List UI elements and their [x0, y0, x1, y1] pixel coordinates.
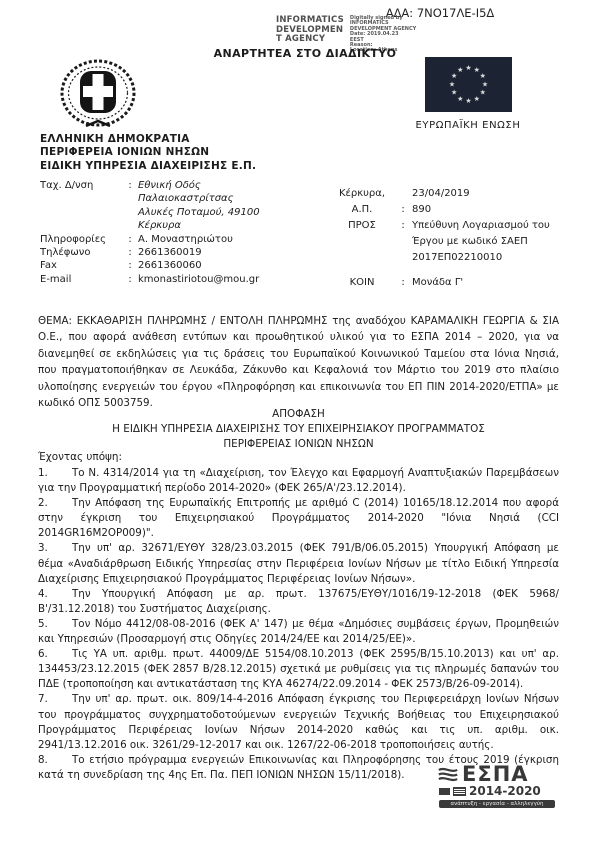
- cc-value: Μονάδα Γ': [412, 275, 562, 291]
- eu-flag-icon: ★★★ ★★★ ★★★ ★★★: [425, 57, 512, 116]
- svg-text:★: ★: [457, 66, 463, 74]
- to-value: Υπεύθυνη Λογαριασμού του Έργου με κωδικό…: [412, 218, 562, 266]
- contact-block: Ταχ. Δ/νση : Εθνική Οδός Παλαιοκαστρίτσα…: [40, 179, 332, 286]
- address-value: Εθνική Οδός Παλαιοκαστρίτσας Αλυκές Ποτα…: [138, 179, 332, 233]
- decision-title: ΑΠΟΦΑΣΗ: [38, 407, 559, 422]
- contact-row-phone: Τηλέφωνο : 2661360019: [40, 246, 332, 259]
- contact-row-address: Ταχ. Δ/νση : Εθνική Οδός Παλαιοκαστρίτσα…: [40, 179, 332, 233]
- considerations-list: 1.Το Ν. 4314/2014 για τη «Διαχείριση, το…: [38, 466, 559, 783]
- contact-row-email: E-mail : kmonastiriotou@mou.gr: [40, 273, 332, 286]
- item-text: Την υπ' αρ. 32671/ΕΥΘΥ 328/23.03.2015 (Φ…: [38, 542, 559, 584]
- item-text: Τις ΥΑ υπ. αριθμ. πρωτ. 44009/ΔΕ 5154/08…: [38, 648, 559, 690]
- espa-name: ΕΣΠΑ: [462, 762, 529, 786]
- item-text: Την υπ' αρ. πρωτ. οικ. 809/14-4-2016 Από…: [38, 693, 559, 750]
- svg-text:★: ★: [482, 81, 488, 89]
- info-value: Α. Μοναστηριώτου: [138, 233, 332, 246]
- item-number: 4.: [38, 587, 72, 602]
- svg-text:★: ★: [457, 95, 463, 103]
- item-number: 3.: [38, 541, 72, 556]
- fax-value: 2661360060: [138, 259, 332, 272]
- espa-logo: ΕΣΠΑ 2014-2020 ανάπτυξη - εργασία - αλλη…: [437, 762, 557, 808]
- svg-text:★: ★: [465, 64, 471, 72]
- dispatch-row-cc: ΚΟΙΝ : Μονάδα Γ': [330, 275, 562, 291]
- letterhead-service: ΕΙΔΙΚΗ ΥΠΗΡΕΣΙΑ ΔΙΑΧΕΙΡΙΣΗΣ Ε.Π.: [40, 160, 256, 173]
- espa-years: 2014-2020: [469, 784, 541, 798]
- svg-text:★: ★: [449, 81, 455, 89]
- item-text: Την Απόφαση της Ευρωπαϊκής Επιτροπής με …: [38, 497, 559, 539]
- list-item: 4.Την Υπουργική Απόφαση με αρ. πρωτ. 137…: [38, 587, 559, 617]
- address-line: Παλαιοκαστρίτσας: [138, 192, 332, 205]
- espa-years-row: 2014-2020: [439, 784, 557, 798]
- item-text: Το Ν. 4314/2014 για τη «Διαχείριση, τον …: [38, 467, 559, 494]
- letterhead-country: ΕΛΛΗΝΙΚΗ ΔΗΜΟΚΡΑΤΙΑ: [40, 133, 256, 146]
- espa-logo-top: ΕΣΠΑ: [437, 762, 557, 786]
- svg-text:★: ★: [474, 95, 480, 103]
- item-number: 6.: [38, 647, 72, 662]
- svg-text:★: ★: [480, 89, 486, 97]
- espa-tagline: ανάπτυξη - εργασία - αλληλεγγύη: [439, 800, 555, 808]
- item-number: 8.: [38, 753, 72, 768]
- dispatch-block: Κέρκυρα, 23/04/2019 Α.Π. : 890 ΠΡΟΣ : Υπ…: [330, 186, 562, 291]
- protocol-value: 890: [412, 202, 562, 218]
- preamble-label: Έχοντας υπόψη:: [38, 451, 122, 463]
- item-text: Την Υπουργική Απόφαση με αρ. πρωτ. 13767…: [38, 588, 559, 615]
- dispatch-row-protocol: Α.Π. : 890: [330, 202, 562, 218]
- email-value: kmonastiriotou@mou.gr: [138, 273, 332, 286]
- to-line: Έργου με κωδικό ΣΑΕΠ: [412, 234, 562, 250]
- letterhead: ΕΛΛΗΝΙΚΗ ΔΗΜΟΚΡΑΤΙΑ ΠΕΡΙΦΕΡΕΙΑ ΙΟΝΙΩΝ ΝΗ…: [40, 133, 256, 173]
- document-page: ΑΔΑ: 7ΝΟ17ΛΕ-Ι5Δ INFORMATICS DEVELOPMEN …: [0, 0, 595, 842]
- svg-text:★: ★: [451, 89, 457, 97]
- city-label: Κέρκυρα,: [330, 186, 394, 202]
- fax-label: Fax: [40, 259, 122, 272]
- address-line: Κέρκυρα: [138, 219, 332, 232]
- dispatch-row-to: ΠΡΟΣ : Υπεύθυνη Λογαριασμού του Έργου με…: [330, 218, 562, 266]
- list-item: 5.Τον Νόμο 4412/08-08-2016 (ΦΕΚ Α' 147) …: [38, 617, 559, 647]
- to-line: 2017ΕΠ02210010: [412, 250, 562, 266]
- dispatch-row-city-date: Κέρκυρα, 23/04/2019: [330, 186, 562, 202]
- subject-paragraph: ΘΕΜΑ: ΕΚΚΑΘΑΡΙΣΗ ΠΛΗΡΩΜΗΣ / ΕΝΤΟΛΗ ΠΛΗΡΩ…: [38, 313, 559, 411]
- colon-separator: :: [122, 179, 138, 233]
- to-label: ΠΡΟΣ: [330, 218, 394, 266]
- to-line: Υπεύθυνη Λογαριασμού του: [412, 218, 562, 234]
- protocol-label: Α.Π.: [330, 202, 394, 218]
- svg-text:★: ★: [465, 97, 471, 105]
- letterhead-region: ΠΕΡΙΦΕΡΕΙΑ ΙΟΝΙΩΝ ΝΗΣΩΝ: [40, 146, 256, 159]
- list-item: 7.Την υπ' αρ. πρωτ. οικ. 809/14-4-2016 Α…: [38, 692, 559, 752]
- address-line: Αλυκές Ποταμού, 49100: [138, 206, 332, 219]
- item-text: Τον Νόμο 4412/08-08-2016 (ΦΕΚ Α' 147) με…: [38, 618, 559, 645]
- internet-posting-banner: ΑΝΑΡΤΗΤΕΑ ΣΤΟ ΔΙΑΔΙΚΤΥΟ: [140, 47, 470, 60]
- contact-row-fax: Fax : 2661360060: [40, 259, 332, 272]
- list-item: 3.Την υπ' αρ. 32671/ΕΥΘΥ 328/23.03.2015 …: [38, 541, 559, 586]
- phone-value: 2661360019: [138, 246, 332, 259]
- stamp-agency-name: INFORMATICS DEVELOPMEN T AGENCY: [276, 16, 344, 45]
- phone-label: Τηλέφωνο: [40, 246, 122, 259]
- decision-heading: ΑΠΟΦΑΣΗ Η ΕΙΔΙΚΗ ΥΠΗΡΕΣΙΑ ΔΙΑΧΕΙΡΙΣΗΣ ΤΟ…: [38, 407, 559, 451]
- item-number: 1.: [38, 466, 72, 481]
- eu-flag-mini-icon: [439, 788, 450, 795]
- cc-label: ΚΟΙΝ: [330, 275, 394, 291]
- colon-separator: :: [394, 275, 412, 291]
- decision-authority-line1: Η ΕΙΔΙΚΗ ΥΠΗΡΕΣΙΑ ΔΙΑΧΕΙΡΙΣΗΣ ΤΟΥ ΕΠΙΧΕΙ…: [38, 422, 559, 437]
- item-number: 5.: [38, 617, 72, 632]
- item-number: 7.: [38, 692, 72, 707]
- decision-authority-line2: ΠΕΡΙΦΕΡΕΙΑΣ ΙΟΝΙΩΝ ΝΗΣΩΝ: [38, 437, 559, 452]
- colon-separator: :: [122, 259, 138, 272]
- info-label: Πληροφορίες: [40, 233, 122, 246]
- address-line: Εθνική Οδός: [138, 179, 332, 192]
- espa-wave-icon: [437, 766, 459, 783]
- colon-separator: :: [394, 218, 412, 266]
- colon-spacer: [394, 186, 412, 202]
- colon-separator: :: [122, 246, 138, 259]
- date-value: 23/04/2019: [412, 186, 562, 202]
- greek-coat-of-arms-icon: [58, 56, 138, 140]
- contact-row-info: Πληροφορίες : Α. Μοναστηριώτου: [40, 233, 332, 246]
- eu-caption: ΕΥΡΩΠΑΪΚΗ ΕΝΩΣΗ: [412, 120, 524, 131]
- colon-separator: :: [122, 273, 138, 286]
- address-label: Ταχ. Δ/νση: [40, 179, 122, 233]
- svg-text:★: ★: [480, 72, 486, 80]
- colon-separator: :: [394, 202, 412, 218]
- item-number: 2.: [38, 496, 72, 511]
- list-item: 6.Τις ΥΑ υπ. αριθμ. πρωτ. 44009/ΔΕ 5154/…: [38, 647, 559, 692]
- list-item: 2.Την Απόφαση της Ευρωπαϊκής Επιτροπής μ…: [38, 496, 559, 541]
- colon-separator: :: [122, 233, 138, 246]
- greek-flag-mini-icon: [453, 787, 466, 796]
- list-item: 1.Το Ν. 4314/2014 για τη «Διαχείριση, το…: [38, 466, 559, 496]
- email-label: E-mail: [40, 273, 122, 286]
